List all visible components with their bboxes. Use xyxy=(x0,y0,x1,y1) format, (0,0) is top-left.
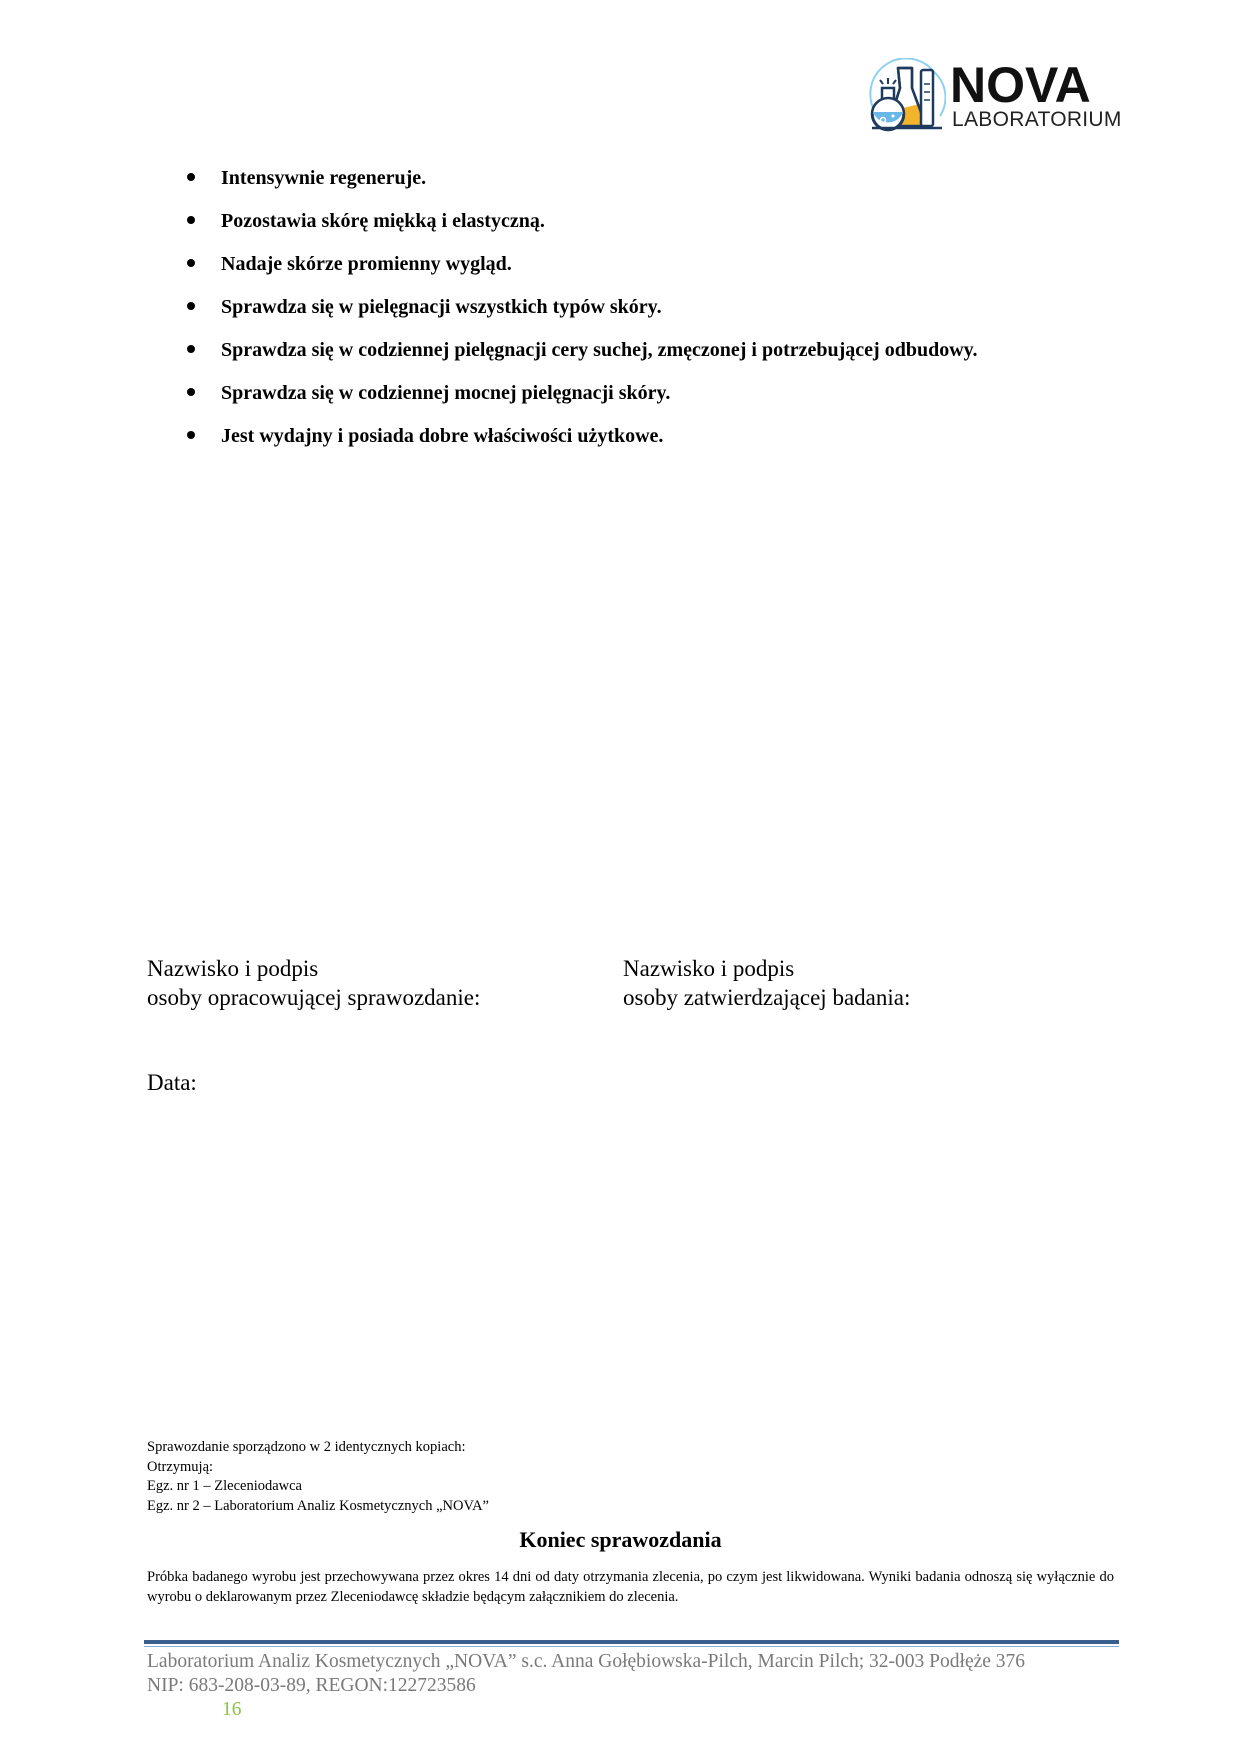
bullet-icon xyxy=(187,216,195,224)
list-item: Pozostawia skórę miękką i elastyczną. xyxy=(183,200,978,243)
footer-divider xyxy=(144,1640,1119,1644)
copies-line: Sprawozdanie sporządzono w 2 identycznyc… xyxy=(147,1438,489,1458)
signature-preparer-line2: osoby opracowującej sprawozdanie: xyxy=(147,983,480,1012)
copies-line: Egz. nr 1 – Zleceniodawca xyxy=(147,1477,489,1497)
logo-subtitle: LABORATORIUM xyxy=(952,108,1122,132)
lab-flasks-icon xyxy=(868,58,946,136)
signature-preparer: Nazwisko i podpis osoby opracowującej sp… xyxy=(147,954,480,1012)
bullet-icon xyxy=(187,388,195,396)
list-item: Nadaje skórze promienny wygląd. xyxy=(183,243,978,286)
footer-divider-thin xyxy=(144,1646,1119,1647)
signature-approver: Nazwisko i podpis osoby zatwierdzającej … xyxy=(623,954,910,1012)
footer-address: Laboratorium Analiz Kosmetycznych „NOVA”… xyxy=(147,1650,1025,1674)
copies-info: Sprawozdanie sporządzono w 2 identycznyc… xyxy=(147,1438,489,1516)
nova-logo: NOVA LABORATORIUM xyxy=(868,58,1108,138)
signature-approver-line1: Nazwisko i podpis xyxy=(623,954,910,983)
copies-line: Egz. nr 2 – Laboratorium Analiz Kosmetyc… xyxy=(147,1497,489,1517)
bullet-icon xyxy=(187,345,195,353)
bullet-icon xyxy=(187,173,195,181)
copies-line: Otrzymują: xyxy=(147,1458,489,1478)
list-item: Sprawdza się w codziennej pielęgnacji ce… xyxy=(183,329,978,372)
signature-preparer-line1: Nazwisko i podpis xyxy=(147,954,480,983)
footer-tax-ids: NIP: 683-208-03-89, REGON:122723586 xyxy=(147,1674,1025,1698)
bullet-icon xyxy=(187,431,195,439)
date-label: Data: xyxy=(147,1068,197,1097)
list-item: Jest wydajny i posiada dobre właściwości… xyxy=(183,415,978,458)
page-number: 16 xyxy=(222,1698,242,1722)
footer: Laboratorium Analiz Kosmetycznych „NOVA”… xyxy=(147,1650,1025,1698)
end-of-report-heading: Koniec sprawozdania xyxy=(0,1526,1241,1554)
signature-approver-line2: osoby zatwierdzającej badania: xyxy=(623,983,910,1012)
logo-title: NOVA xyxy=(950,60,1091,110)
sample-storage-note: Próbka badanego wyrobu jest przechowywan… xyxy=(147,1568,1114,1607)
benefits-list: Intensywnie regeneruje. Pozostawia skórę… xyxy=(183,157,978,458)
bullet-icon xyxy=(187,259,195,267)
list-item: Sprawdza się w pielęgnacji wszystkich ty… xyxy=(183,286,978,329)
list-item: Intensywnie regeneruje. xyxy=(183,157,978,200)
bullet-icon xyxy=(187,302,195,310)
list-item: Sprawdza się w codziennej mocnej pielęgn… xyxy=(183,372,978,415)
